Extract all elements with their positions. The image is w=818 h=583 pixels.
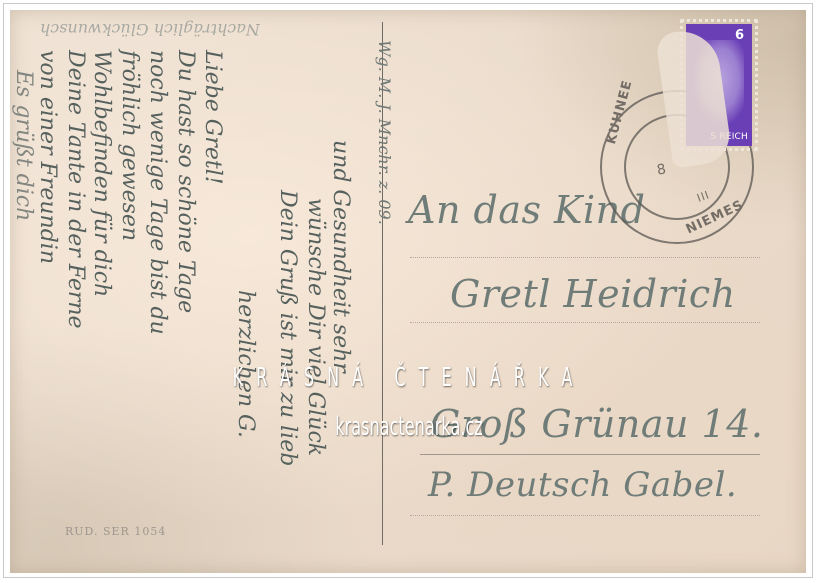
address-rule-2 [410, 322, 760, 323]
message-line: Wohlbefinden für dich [89, 50, 114, 297]
address-rule-4 [410, 515, 760, 516]
address-rule-1 [410, 257, 760, 258]
message-faded-top-line: Nachträglich Glückwunsch [40, 20, 260, 39]
message-line: Es grüßt dich [11, 70, 36, 221]
message-greeting: Liebe Gretl! [200, 50, 225, 185]
watermark-url: krasnactenarka.cz [155, 412, 662, 442]
message-line: fröhlich gewesen [117, 50, 142, 241]
address-line-recipient-name: Gretl Heidrich [450, 272, 736, 316]
message-date-line: Wg. M. J. Mnchr. z. 09. [375, 40, 394, 225]
message-line: noch wenige Tage bist du [145, 50, 170, 335]
watermark-title: KRÁSNÁ ČTENÁŘKA [155, 363, 662, 393]
message-line: Du hast so schöne Tage [173, 50, 198, 313]
printer-mark: RUD. SER 1054 [65, 525, 166, 538]
address-line-town: P. Deutsch Gabel. [428, 465, 737, 505]
message-line: von einer Freundin [35, 50, 60, 264]
message-line: und Gesundheit sehr [328, 140, 353, 373]
stamp-value: 6 [735, 28, 744, 43]
address-rule-3 [420, 454, 760, 455]
message-line: Deine Tante in der Ferne [63, 50, 88, 329]
